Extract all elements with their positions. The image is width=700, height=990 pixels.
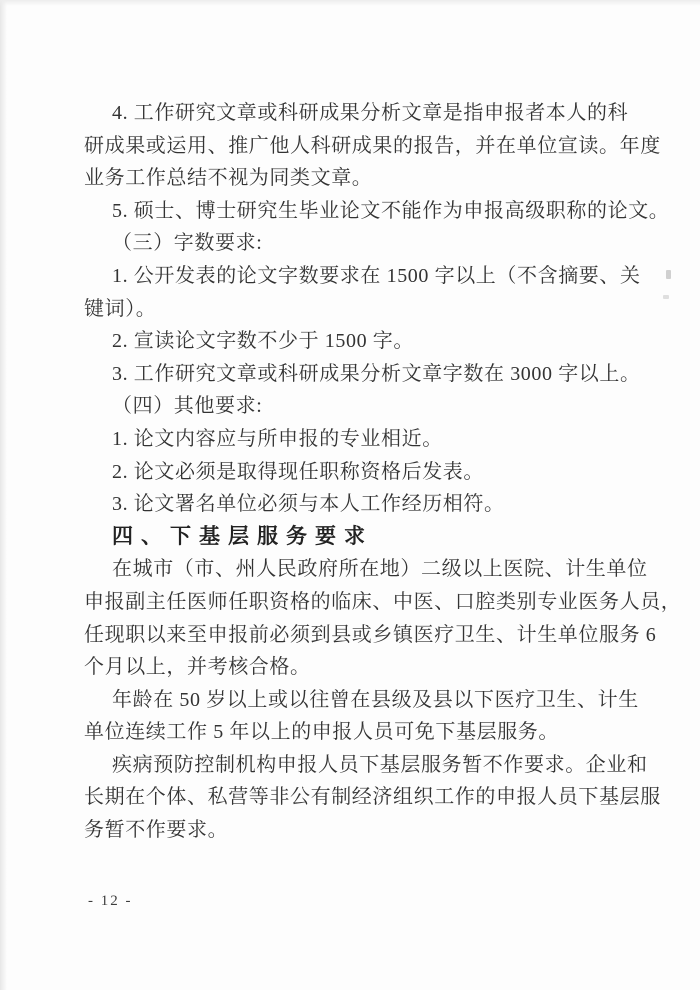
document-line: 申报副主任医师任职资格的临床、中医、口腔类别专业医务人员， <box>84 586 644 619</box>
document-line: 年龄在 50 岁以上或以往曾在县级及县以下医疗卫生、计生 <box>84 684 644 717</box>
document-line: 任现职以来至申报前必须到县或乡镇医疗卫生、计生单位服务 6 <box>84 619 644 652</box>
scan-artifact <box>663 295 669 299</box>
document-line: 2. 论文必须是取得现任职称资格后发表。 <box>84 456 644 489</box>
document-line: 长期在个体、私营等非公有制经济组织工作的申报人员下基层服 <box>84 781 644 814</box>
document-line: 个月以上，并考核合格。 <box>84 651 644 684</box>
document-page: 4. 工作研究文章或科研成果分析文章是指申报者本人的科研成果或运用、推广他人科研… <box>0 0 700 990</box>
section-heading: 四、下基层服务要求 <box>84 521 644 554</box>
document-line: 3. 论文署名单位必须与本人工作经历相符。 <box>84 488 644 521</box>
document-line: 5. 硕士、博士研究生毕业论文不能作为申报高级职称的论文。 <box>84 195 644 228</box>
document-line: 1. 公开发表的论文字数要求在 1500 字以上（不含摘要、关 <box>84 260 644 293</box>
document-line: 3. 工作研究文章或科研成果分析文章字数在 3000 字以上。 <box>84 358 644 391</box>
document-line: 键词）。 <box>84 293 644 326</box>
document-line: 4. 工作研究文章或科研成果分析文章是指申报者本人的科 <box>84 97 644 130</box>
scan-edge-top <box>0 0 700 6</box>
document-line: 单位连续工作 5 年以上的申报人员可免下基层服务。 <box>84 716 644 749</box>
document-line: 研成果或运用、推广他人科研成果的报告，并在单位宣读。年度 <box>84 130 644 163</box>
document-body: 4. 工作研究文章或科研成果分析文章是指申报者本人的科研成果或运用、推广他人科研… <box>84 97 644 847</box>
document-line: 1. 论文内容应与所申报的专业相近。 <box>84 423 644 456</box>
document-line: （四）其他要求: <box>84 390 644 423</box>
document-line: （三）字数要求: <box>84 227 644 260</box>
document-line: 在城市（市、州人民政府所在地）二级以上医院、计生单位 <box>84 553 644 586</box>
scan-edge-left <box>0 0 7 990</box>
page-number: - 12 - <box>88 893 133 910</box>
document-line: 2. 宣读论文字数不少于 1500 字。 <box>84 325 644 358</box>
scan-artifact <box>666 270 671 279</box>
document-line: 务暂不作要求。 <box>84 814 644 847</box>
document-line: 业务工作总结不视为同类文章。 <box>84 162 644 195</box>
document-line: 疾病预防控制机构申报人员下基层服务暂不作要求。企业和 <box>84 749 644 782</box>
